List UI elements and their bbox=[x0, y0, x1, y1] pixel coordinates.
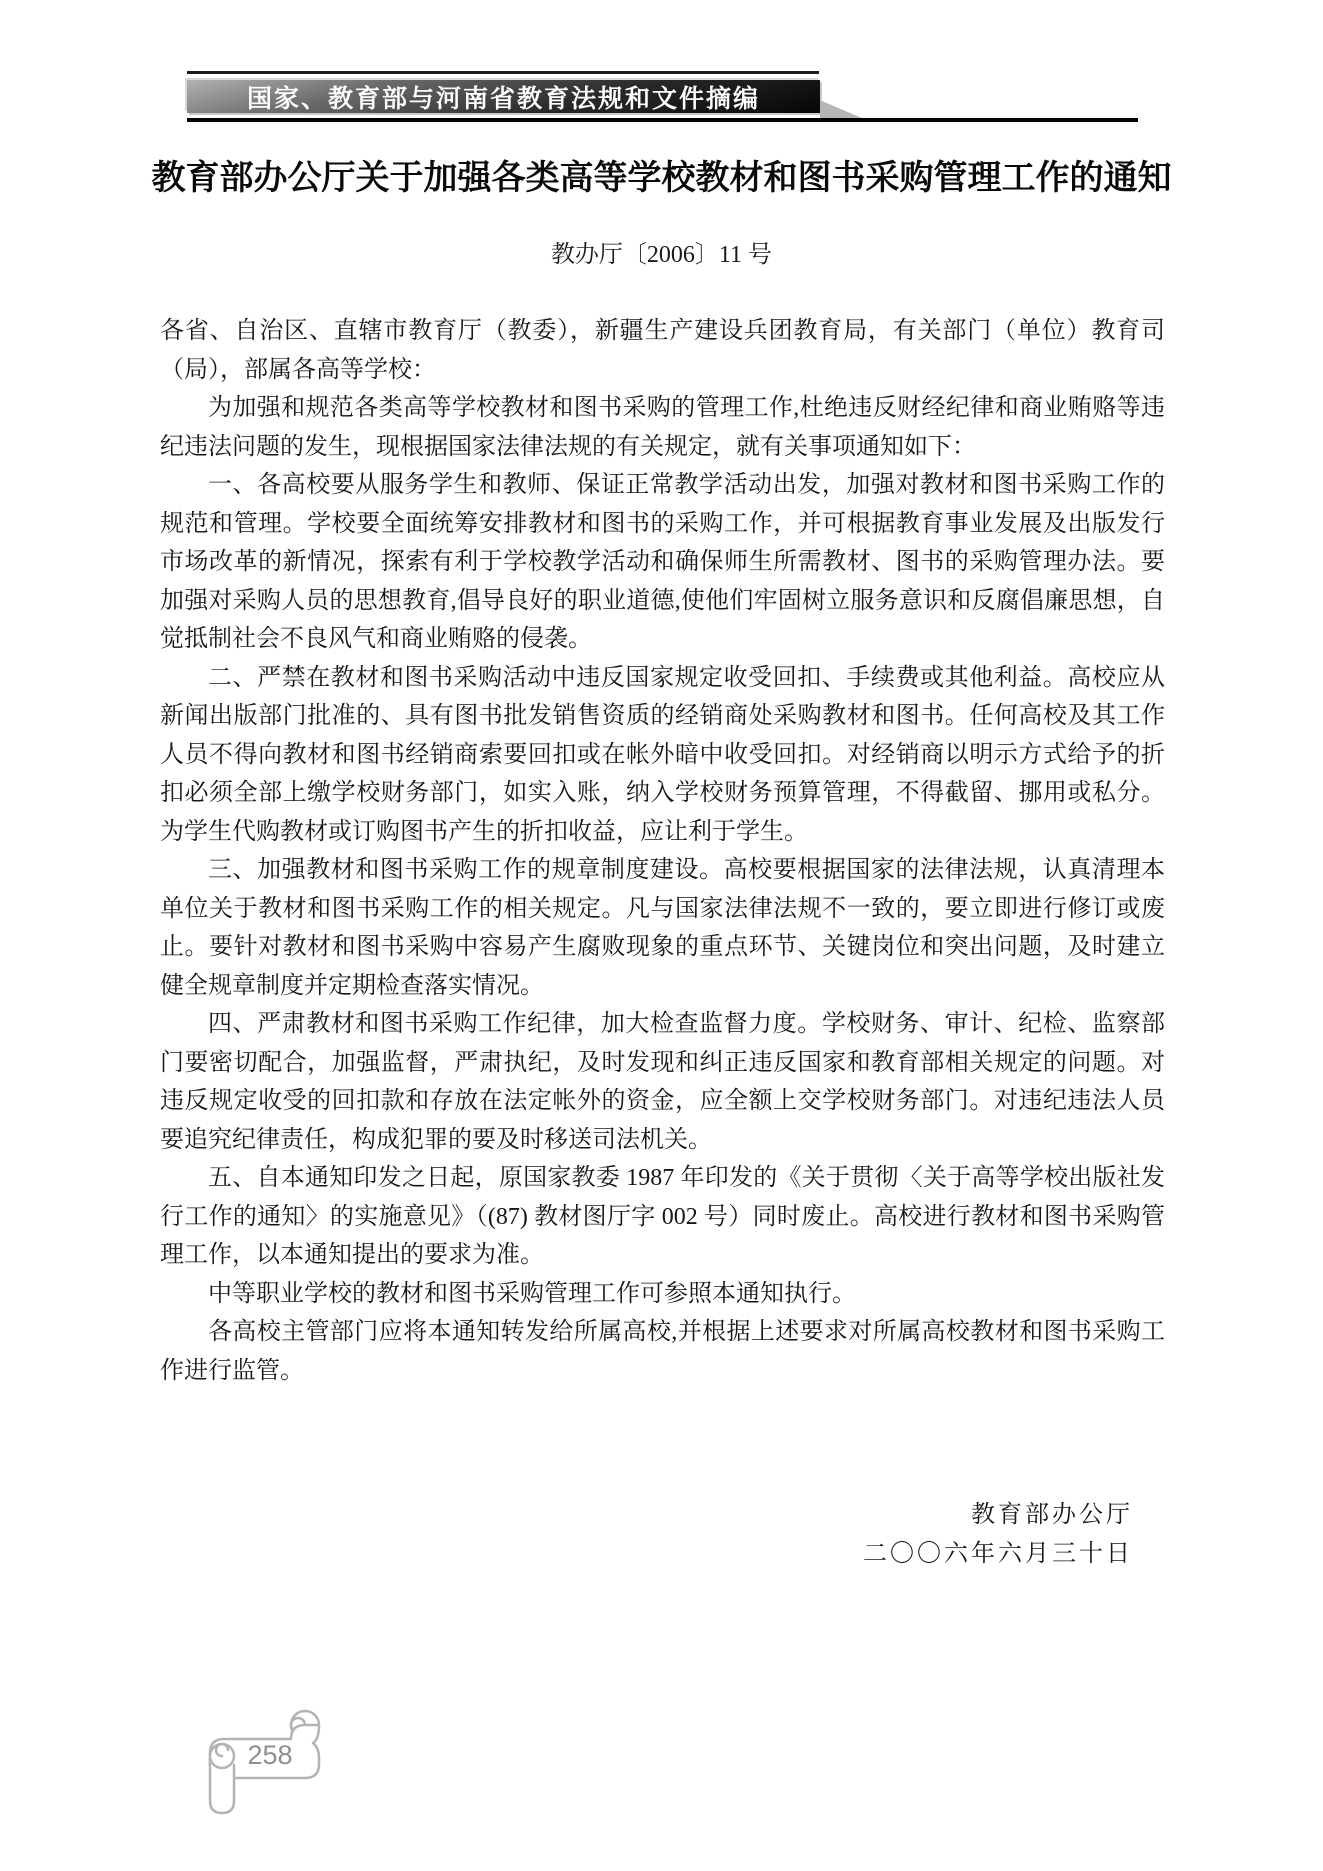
page-footer: 258 bbox=[188, 1698, 340, 1820]
document-body: 各省、自治区、直辖市教育厅（教委），新疆生产建设兵团教育局，有关部门（单位）教育… bbox=[160, 312, 1165, 1390]
body-paragraph: 三、加强教材和图书采购工作的规章制度建设。高校要根据国家的法律法规，认真清理本单… bbox=[160, 851, 1165, 1005]
document-page: 国家、教育部与河南省教育法规和文件摘编 教育部办公厅关于加强各类高等学校教材和图… bbox=[0, 0, 1323, 1871]
body-paragraph: 四、严肃教材和图书采购工作纪律，加大检查监督力度。学校财务、审计、纪检、监察部门… bbox=[160, 1005, 1165, 1159]
header-banner-text: 国家、教育部与河南省教育法规和文件摘编 bbox=[247, 79, 760, 115]
body-paragraph: 一、各高校要从服务学生和教师、保证正常教学活动出发，加强对教材和图书采购工作的规… bbox=[160, 466, 1165, 659]
page-number: 258 bbox=[228, 1740, 312, 1770]
document-number: 教办厅〔2006〕11 号 bbox=[0, 240, 1323, 270]
body-paragraph: 二、严禁在教材和图书采购活动中违反国家规定收受回扣、手续费或其他利益。高校应从新… bbox=[160, 659, 1165, 852]
body-paragraph: 中等职业学校的教材和图书采购管理工作可参照本通知执行。 bbox=[160, 1275, 1165, 1314]
body-paragraph: 各省、自治区、直辖市教育厅（教委），新疆生产建设兵团教育局，有关部门（单位）教育… bbox=[160, 312, 1165, 389]
signature-org: 教育部办公厅 bbox=[863, 1496, 1133, 1535]
header-bottom-rule bbox=[187, 118, 1138, 122]
document-title: 教育部办公厅关于加强各类高等学校教材和图书采购管理工作的通知 bbox=[0, 156, 1323, 200]
body-paragraph: 各高校主管部门应将本通知转发给所属高校,并根据上述要求对所属高校教材和图书采购工… bbox=[160, 1313, 1165, 1390]
body-paragraph: 为加强和规范各类高等学校教材和图书采购的管理工作,杜绝违反财经纪律和商业贿赂等违… bbox=[160, 389, 1165, 466]
signature-date: 二〇〇六年六月三十日 bbox=[863, 1535, 1133, 1574]
signature-block: 教育部办公厅 二〇〇六年六月三十日 bbox=[863, 1496, 1133, 1574]
header-top-rule bbox=[187, 71, 819, 74]
header-banner: 国家、教育部与河南省教育法规和文件摘编 bbox=[187, 80, 820, 113]
body-paragraph: 五、自本通知印发之日起，原国家教委 1987 年印发的《关于贯彻〈关于高等学校出… bbox=[160, 1159, 1165, 1275]
header-arrow-icon bbox=[820, 96, 864, 119]
